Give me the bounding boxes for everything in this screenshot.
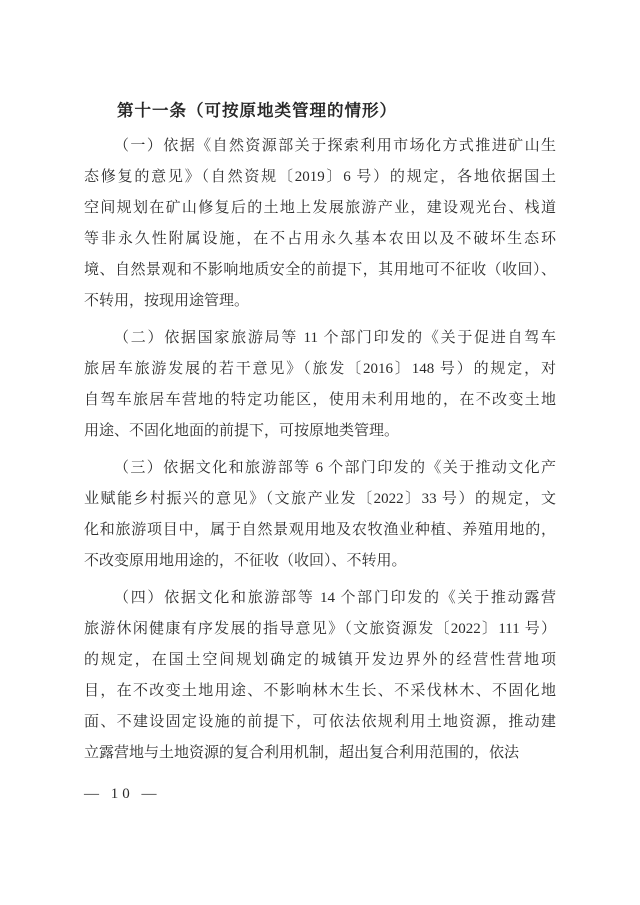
document-page: 第十一条（可按原地类管理的情形） （一）依据《自然资源部关于探索利用市场化方式推… <box>0 0 640 905</box>
paragraph: （一）依据《自然资源部关于探索利用市场化方式推进矿山生态修复的意见》（自然资规〔… <box>84 131 556 317</box>
text-line: 的规定，在国土空间规划确定的城镇开发边界外的经营性营地项 <box>84 645 556 676</box>
page-number: — 10 — <box>84 783 161 805</box>
text-line: 空间规划在矿山修复后的土地上发展旅游产业，建设观光台、栈道 <box>84 193 556 224</box>
text-line: 不转用，按现用途管理。 <box>84 286 556 317</box>
text-line: 化和旅游项目中，属于自然景观用地及农牧渔业种植、养殖用地的， <box>84 515 556 546</box>
text-line: 用途、不固化地面的前提下，可按原地类管理。 <box>84 416 556 447</box>
article-content: 第十一条（可按原地类管理的情形） （一）依据《自然资源部关于探索利用市场化方式推… <box>84 95 556 769</box>
text-line: 立露营地与土地资源的复合利用机制，超出复合利用范围的，依法 <box>84 738 556 769</box>
article-body: （一）依据《自然资源部关于探索利用市场化方式推进矿山生态修复的意见》（自然资规〔… <box>84 131 556 769</box>
article-heading: 第十一条（可按原地类管理的情形） <box>84 95 556 126</box>
text-line: （一）依据《自然资源部关于探索利用市场化方式推进矿山生 <box>84 131 556 162</box>
text-line: 境、自然景观和不影响地质安全的前提下，其用地可不征收（收回）、 <box>84 255 556 286</box>
paragraph: （三）依据文化和旅游部等 6 个部门印发的《关于推动文化产业赋能乡村振兴的意见》… <box>84 453 556 577</box>
paragraph: （四）依据文化和旅游部等 14 个部门印发的《关于推动露营旅游休闲健康有序发展的… <box>84 583 556 769</box>
text-line: 业赋能乡村振兴的意见》（文旅产业发〔2022〕33 号）的规定，文 <box>84 484 556 515</box>
text-line: 不改变原用地用途的，不征收（收回）、不转用。 <box>84 546 556 577</box>
paragraph: （二）依据国家旅游局等 11 个部门印发的《关于促进自驾车旅居车旅游发展的若干意… <box>84 323 556 447</box>
text-line: 旅居车旅游发展的若干意见》（旅发〔2016〕148 号）的规定，对 <box>84 354 556 385</box>
text-line: 旅游休闲健康有序发展的指导意见》（文旅资源发〔2022〕111 号） <box>84 614 556 645</box>
text-line: （四）依据文化和旅游部等 14 个部门印发的《关于推动露营 <box>84 583 556 614</box>
text-line: 面、不建设固定设施的前提下，可依法依规利用土地资源，推动建 <box>84 707 556 738</box>
text-line: 等非永久性附属设施，在不占用永久基本农田以及不破坏生态环 <box>84 224 556 255</box>
text-line: 自驾车旅居车营地的特定功能区，使用未利用地的，在不改变土地 <box>84 385 556 416</box>
text-line: 态修复的意见》（自然资规〔2019〕6 号）的规定，各地依据国土 <box>84 162 556 193</box>
text-line: 目，在不改变土地用途、不影响林木生长、不采伐林木、不固化地 <box>84 676 556 707</box>
text-line: （二）依据国家旅游局等 11 个部门印发的《关于促进自驾车 <box>84 323 556 354</box>
text-line: （三）依据文化和旅游部等 6 个部门印发的《关于推动文化产 <box>84 453 556 484</box>
